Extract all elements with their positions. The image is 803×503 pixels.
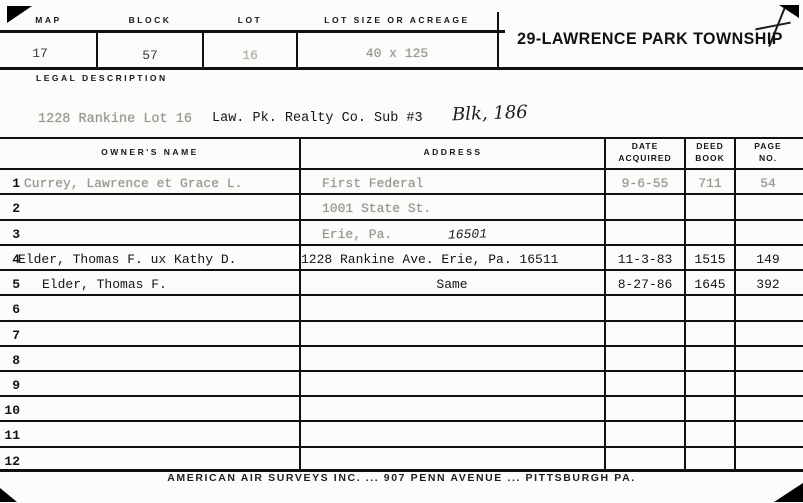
date-acquired-cell: 8-27-86: [606, 277, 684, 292]
scan-corner-artifact: [774, 483, 803, 502]
owner-cell: Elder, Thomas F.: [42, 277, 167, 292]
table-row: 4 Elder, Thomas F. ux Kathy D. 1228 Rank…: [0, 244, 803, 269]
table-row: 12: [0, 446, 803, 471]
page-no-cell: 392: [736, 277, 800, 292]
page-no-cell: 54: [736, 176, 800, 191]
row-number: 11: [2, 428, 20, 443]
map-value: 17: [0, 46, 80, 61]
row-number: 6: [2, 302, 20, 317]
lot-size-value: 40 x 125: [297, 46, 497, 61]
lot-size-label: LOT SIZE OR ACREAGE: [297, 15, 497, 25]
table-row: 7: [0, 320, 803, 345]
surveyor-footer: AMERICAN AIR SURVEYS INC. ... 907 PENN A…: [0, 472, 803, 484]
owner-cell: Currey, Lawrence et Grace L.: [24, 176, 242, 191]
row-number: 9: [2, 378, 20, 393]
table-row: 5 Elder, Thomas F. Same 8-27-86 1645 392: [0, 269, 803, 294]
row-number: 8: [2, 353, 20, 368]
row-number: 12: [2, 454, 20, 469]
date-acquired-header: DATE: [606, 141, 684, 151]
address-header: ADDRESS: [301, 147, 605, 157]
deed-book-header: DEED: [686, 141, 734, 151]
row-number: 5: [2, 277, 20, 292]
table-row: 3 Erie, Pa. 16501: [0, 219, 803, 244]
row-number: 2: [2, 201, 20, 216]
deed-book-cell: 711: [686, 176, 734, 191]
address-cell: Same: [301, 277, 603, 292]
row-number: 1: [2, 176, 20, 191]
lot-value: 16: [203, 48, 297, 63]
township-title: 29-LAWRENCE PARK TOWNSHIP: [509, 30, 790, 49]
table-row: 6: [0, 294, 803, 319]
table-row: 2 1001 State St.: [0, 193, 803, 218]
page-no-header: PAGE: [736, 141, 800, 151]
date-acquired-cell: 9-6-55: [606, 176, 684, 191]
block-label: BLOCK: [97, 15, 203, 25]
owners-name-header: OWNER'S NAME: [0, 147, 300, 157]
handwritten-zip: 16501: [448, 226, 488, 242]
date-acquired-cell: 11-3-83: [606, 252, 684, 267]
address-cell: 1228 Rankine Ave. Erie, Pa. 16511: [301, 252, 603, 267]
deed-book-header2: BOOK: [686, 153, 734, 163]
deed-book-cell: 1645: [686, 277, 734, 292]
address-cell: First Federal: [322, 176, 624, 191]
legal-description-label: LEGAL DESCRIPTION: [36, 73, 168, 83]
property-record-card: MAP BLOCK LOT LOT SIZE OR ACREAGE 29-LAW…: [0, 0, 803, 503]
page-no-header2: NO.: [736, 153, 800, 163]
table-row: 10: [0, 395, 803, 420]
table-row: 8: [0, 345, 803, 370]
deed-book-cell: 1515: [686, 252, 734, 267]
address-cell: 1001 State St.: [322, 201, 624, 216]
block-value: 57: [97, 48, 203, 63]
legal-description-typed: Law. Pk. Realty Co. Sub #3: [212, 111, 423, 126]
scan-corner-artifact: [0, 488, 17, 502]
legal-description-faded: 1228 Rankine Lot 16: [38, 112, 192, 127]
legal-description-handwritten: Blk, 186: [452, 102, 528, 126]
owner-cell: Elder, Thomas F. ux Kathy D.: [18, 252, 236, 267]
row-number: 7: [2, 328, 20, 343]
page-no-cell: 149: [736, 252, 800, 267]
map-label: MAP: [0, 15, 97, 25]
lot-label: LOT: [203, 15, 297, 25]
table-row: 9: [0, 370, 803, 395]
date-acquired-header2: ACQUIRED: [606, 153, 684, 163]
table-row: 11: [0, 420, 803, 445]
row-number: 10: [2, 403, 20, 418]
row-number: 3: [2, 227, 20, 242]
table-row: 1 Currey, Lawrence et Grace L. First Fed…: [0, 168, 803, 193]
